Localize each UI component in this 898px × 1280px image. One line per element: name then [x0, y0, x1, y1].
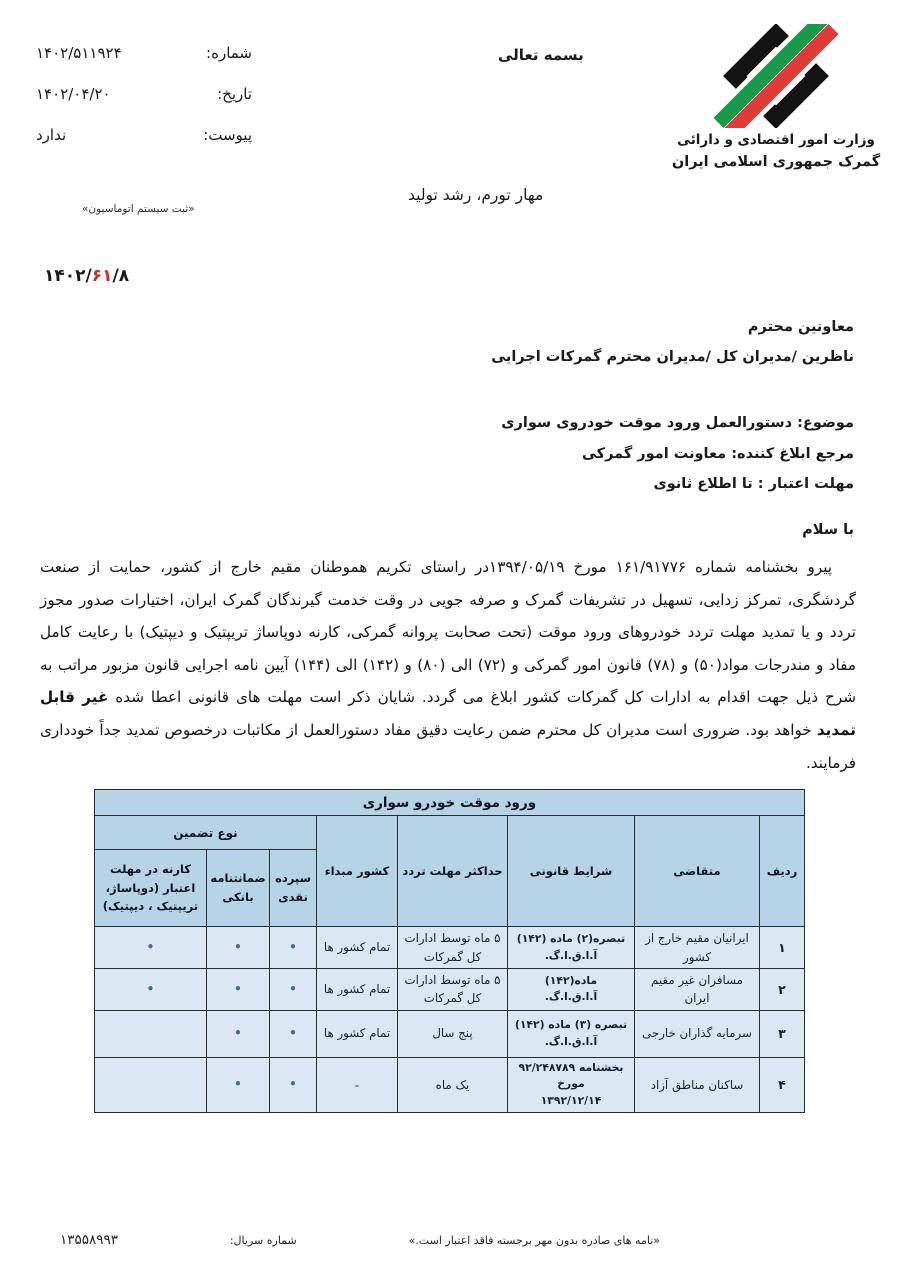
subject-line: موضوع: دستورالعمل ورود موقت خودروی سواری: [501, 408, 854, 439]
cell-applicant: مسافران غیر مقیم ایران: [635, 969, 760, 1011]
col-header-cash-deposit: سپرده نقدی: [270, 850, 317, 927]
meta-attachment-row: پیوست: ندارد: [36, 126, 252, 144]
cell-origin-country: تمام کشور ها: [317, 1010, 398, 1057]
col-header-max-period: حداکثر مهلت تردد: [398, 816, 508, 927]
cell-applicant: ساکنان مناطق آزاد: [635, 1057, 760, 1112]
guarantee-group-header: نوع تضمین: [94, 816, 316, 850]
cell-max-period: یک ماه: [398, 1057, 508, 1112]
customs-name: گمرک جمهوری اسلامی ایران: [666, 154, 886, 170]
attachment-value: ندارد: [36, 126, 66, 144]
circular-number: ۱۴۰۲/۶۱/۸: [44, 266, 129, 286]
table-title: ورود موقت خودرو سواری: [94, 790, 804, 816]
recipient-line: ناظرین /مدیران کل /مدیران محترم گمرکات ا…: [491, 342, 854, 372]
ministry-name: وزارت امور اقتصادی و دارائی: [666, 132, 886, 148]
legal-line: تبصره(۲) ماده (۱۴۲): [511, 931, 631, 948]
legal-line: آ.ا.ق.ا.گ.: [511, 948, 631, 965]
automation-note: «ثبت سیستم اتوماسیون»: [82, 203, 195, 215]
cell-carnet: [94, 1010, 206, 1057]
temporary-import-table: ورود موقت خودرو سواری ردیف متقاضی شرایط …: [94, 789, 805, 1113]
table-row: ۱ ایرانیان مقیم خارج از کشور تبصره(۲) ما…: [94, 927, 804, 969]
serial-label: شماره سریال:: [230, 1234, 297, 1247]
recipients-block: معاونین محترم ناظرین /مدیران کل /مدیران …: [491, 312, 854, 372]
legal-line: بخشنامه ۹۲/۲۴۸۷۸۹ مورخ: [511, 1060, 631, 1093]
basmala: بسمه تعالی: [498, 46, 584, 64]
col-header-origin-country: کشور مبداء: [317, 816, 398, 927]
cell-row-no: ۱: [760, 927, 805, 969]
cell-cash-deposit: •: [270, 1010, 317, 1057]
cell-origin-country: تمام کشور ها: [317, 969, 398, 1011]
cell-applicant: سرمایه گذاران خارجی: [635, 1010, 760, 1057]
organization-block: وزارت امور اقتصادی و دارائی گمرک جمهوری …: [666, 24, 886, 170]
col-header-row-no: ردیف: [760, 816, 805, 927]
legal-line: آ.ا.ق.ا.گ.: [511, 989, 631, 1006]
cell-max-period: ۵ ماه توسط ادارات کل گمرکات: [398, 969, 508, 1011]
cell-bank-guarantee: •: [207, 1010, 270, 1057]
legal-line: تبصره (۳) ماده (۱۴۲): [511, 1017, 631, 1034]
circular-number-suffix: /۸: [112, 266, 129, 286]
cell-carnet: [94, 1057, 206, 1112]
footer: «نامه های صادره بدون مهر برجسته فاقد اعت…: [60, 1232, 660, 1248]
meta-number-row: شماره: ۱۴۰۲/۵۱۱۹۲۴: [36, 44, 252, 62]
col-header-bank-guarantee: ضمانتنامه بانکی: [207, 850, 270, 927]
col-header-carnet: کارنه در مهلت اعتبار (دوپاساژ، تریپتیک ،…: [94, 850, 206, 927]
col-header-applicant: متقاضی: [635, 816, 760, 927]
cell-row-no: ۳: [760, 1010, 805, 1057]
issuing-authority-line: مرجع ابلاغ کننده: معاونت امور گمرکی: [501, 439, 854, 470]
cell-carnet: •: [94, 927, 206, 969]
circular-number-prefix: ۱۴۰۲/: [44, 266, 92, 286]
cell-cash-deposit: •: [270, 969, 317, 1011]
letter-meta-block: شماره: ۱۴۰۲/۵۱۱۹۲۴ تاریخ: ۱۴۰۲/۰۴/۲۰ پیو…: [36, 44, 252, 167]
number-value: ۱۴۰۲/۵۱۱۹۲۴: [36, 44, 122, 62]
serial-value: ۱۳۵۵۸۹۹۳: [60, 1232, 118, 1248]
recipient-line: معاونین محترم: [491, 312, 854, 342]
cell-legal-terms: بخشنامه ۹۲/۲۴۸۷۸۹ مورخ ۱۳۹۲/۱۲/۱۴: [508, 1057, 635, 1112]
body-text-before: پیرو بخشنامه شماره ۱۶۱/۹۱۷۷۶ مورخ ۱۳۹۴/۰…: [40, 558, 856, 706]
cell-cash-deposit: •: [270, 927, 317, 969]
salutation: با سلام: [802, 522, 854, 538]
attachment-label: پیوست:: [203, 126, 252, 144]
cell-max-period: پنج سال: [398, 1010, 508, 1057]
cell-cash-deposit: •: [270, 1057, 317, 1112]
cell-origin-country: -: [317, 1057, 398, 1112]
cell-row-no: ۲: [760, 969, 805, 1011]
cell-applicant: ایرانیان مقیم خارج از کشور: [635, 927, 760, 969]
body-text-after: خواهد بود. ضروری است مدیران کل محترم ضمن…: [40, 721, 856, 772]
date-label: تاریخ:: [217, 85, 252, 103]
table-row: ۲ مسافران غیر مقیم ایران ماده(۱۴۲) آ.ا.ق…: [94, 969, 804, 1011]
year-slogan: مهار تورم، رشد تولید: [408, 186, 543, 204]
date-value: ۱۴۰۲/۰۴/۲۰: [36, 85, 111, 103]
legal-line: ماده(۱۴۲): [511, 973, 631, 990]
meta-date-row: تاریخ: ۱۴۰۲/۰۴/۲۰: [36, 85, 252, 103]
table-row: ۳ سرمایه گذاران خارجی تبصره (۳) ماده (۱۴…: [94, 1010, 804, 1057]
cell-max-period: ۵ ماه توسط ادارات کل گمرکات: [398, 927, 508, 969]
table-row: ۴ ساکنان مناطق آزاد بخشنامه ۹۲/۲۴۸۷۸۹ مو…: [94, 1057, 804, 1112]
number-label: شماره:: [206, 44, 252, 62]
col-header-legal-terms: شرایط قانونی: [508, 816, 635, 927]
legal-line: آ.ا.ق.ا.گ.: [511, 1034, 631, 1051]
cell-origin-country: تمام کشور ها: [317, 927, 398, 969]
cell-bank-guarantee: •: [207, 927, 270, 969]
circular-number-highlight: ۶۱: [92, 266, 113, 286]
footer-notice: «نامه های صادره بدون مهر برجسته فاقد اعت…: [409, 1234, 660, 1247]
cell-bank-guarantee: •: [207, 969, 270, 1011]
cell-legal-terms: تبصره(۲) ماده (۱۴۲) آ.ا.ق.ا.گ.: [508, 927, 635, 969]
cell-bank-guarantee: •: [207, 1057, 270, 1112]
body-paragraph: پیرو بخشنامه شماره ۱۶۱/۹۱۷۷۶ مورخ ۱۳۹۴/۰…: [40, 551, 856, 779]
legal-line: ۱۳۹۲/۱۲/۱۴: [511, 1093, 631, 1110]
cell-carnet: •: [94, 969, 206, 1011]
cell-legal-terms: ماده(۱۴۲) آ.ا.ق.ا.گ.: [508, 969, 635, 1011]
iran-customs-logo-icon: [710, 24, 842, 128]
validity-line: مهلت اعتبار : تا اطلاع ثانوی: [501, 469, 854, 500]
document-page: شماره: ۱۴۰۲/۵۱۱۹۲۴ تاریخ: ۱۴۰۲/۰۴/۲۰ پیو…: [0, 0, 898, 1280]
cell-legal-terms: تبصره (۳) ماده (۱۴۲) آ.ا.ق.ا.گ.: [508, 1010, 635, 1057]
cell-row-no: ۴: [760, 1057, 805, 1112]
subject-block: موضوع: دستورالعمل ورود موقت خودروی سواری…: [501, 408, 854, 500]
